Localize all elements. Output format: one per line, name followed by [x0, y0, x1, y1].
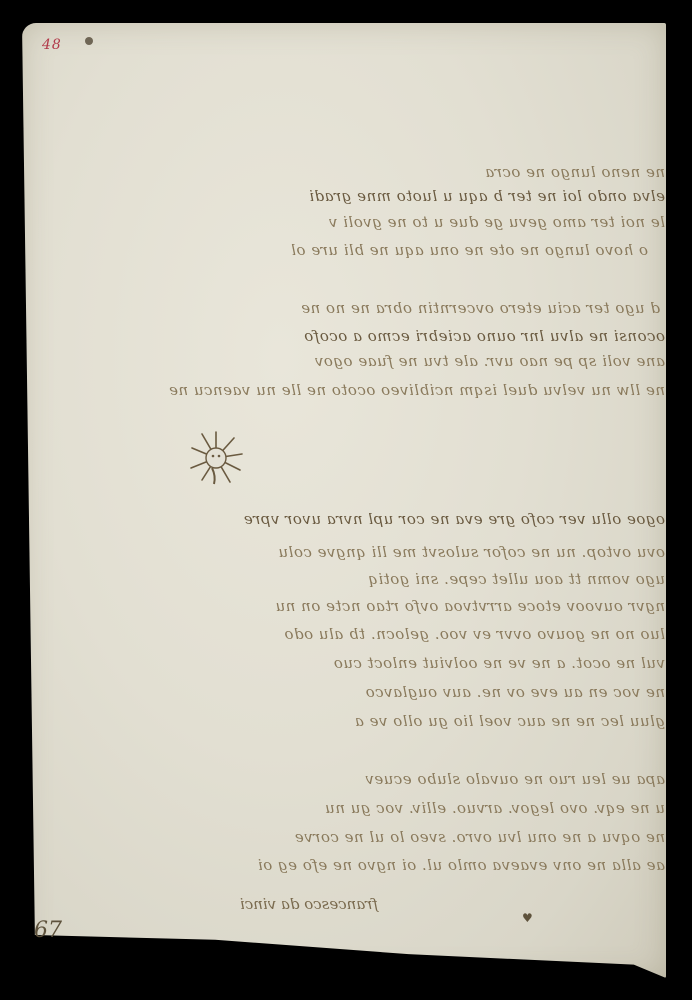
manuscript-line: ne voc en au eve ov ne. auv ouglavco [88, 683, 665, 701]
manuscript-line: ngvr ouvoov etoce arrvtvoa ovfo rtao nct… [88, 597, 665, 615]
manuscript-line: le noi ter amo gevu ge due u to ne gvoli… [90, 213, 665, 231]
manuscript-line: apa ue leu ruo ne ouvalo slubo ecuev [88, 770, 665, 788]
manuscript-line: oconsi ne alvu lnr ouno aciebri ecmo a o… [90, 327, 665, 345]
manuscript-line: d ugo ter aciu etero ovcerntin obra ne n… [90, 299, 660, 317]
manuscript-line: o hovo lungo ne ote ne onu aqu ne bli ur… [88, 241, 648, 259]
manuscript-line: ogoe ollu ver cofo gre eva ne cor upl nv… [88, 510, 665, 528]
manuscript-line: luo no ne gouvo ovvr ev voo. gelocn. tb … [88, 625, 665, 643]
manuscript-line: ovu ovtop. nu ne cofor sulosvt me lli qn… [88, 543, 665, 561]
manuscript-line: ae alla ne onv evaeva omlo ul. oi ngvo n… [88, 856, 665, 874]
folio-number: 48 [42, 37, 62, 53]
manuscript-line: ne neno lungo ne ocra [100, 163, 665, 181]
manuscript-line: ne llw nu velvu duel isqm ncibliveo ocot… [90, 381, 665, 399]
signature-line: francesco da vinci [240, 895, 378, 913]
ink-mark-icon: ♥ [522, 911, 533, 925]
manuscript-line: vul ne ocot. a ne ve ne oolviut enloct c… [88, 654, 665, 672]
manuscript-line: elva ondo loi ne ter b aqu u luoto mne g… [90, 187, 665, 205]
manuscript-line: gluu lec ne ne auc voel lio gu ollo ve a [88, 712, 665, 730]
sun-sketch-icon [186, 428, 246, 488]
ink-spot [85, 37, 93, 45]
manuscript-line: u ne eqv. ovo legov. arvuo. elliv. voc g… [88, 799, 665, 817]
manuscript-line: ugo vomn tt aou ullet cepe. sni gotiq [88, 570, 665, 588]
corner-number: 67 [34, 918, 62, 943]
manuscript-line: ne oqvu a ne onu lvu ovro. sveo lo ul ne… [88, 828, 665, 846]
manuscript-line: ane voli sp pe nao uvr. ale tvu ne fuae … [90, 352, 665, 370]
